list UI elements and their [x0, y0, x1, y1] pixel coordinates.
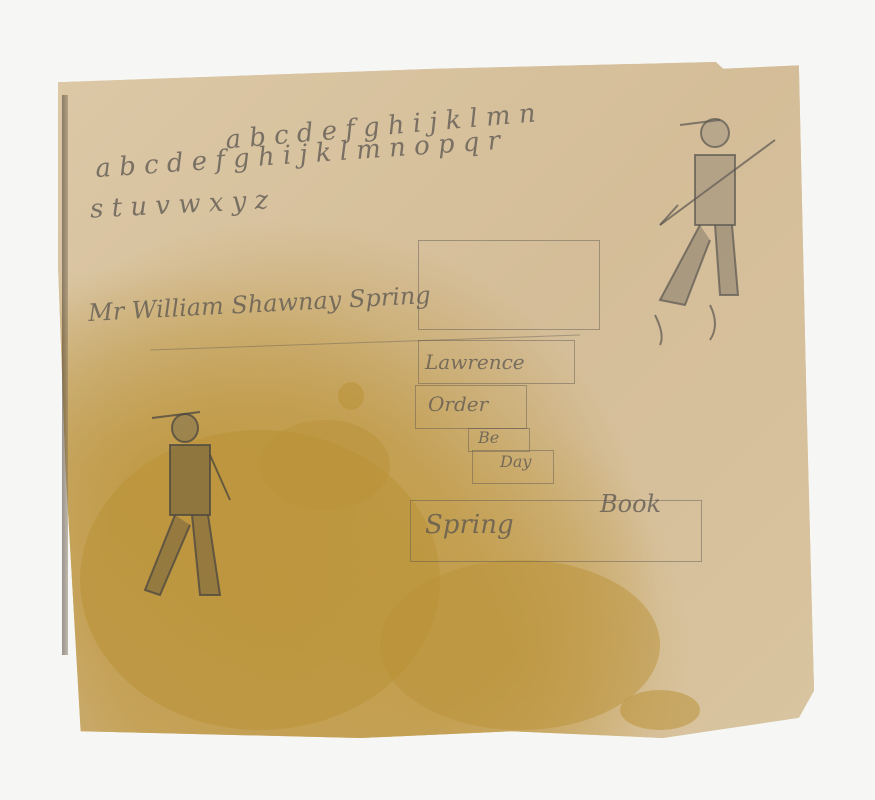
water-stain	[260, 420, 390, 510]
sketched-box	[418, 240, 600, 330]
box-label-lawrence: Lawrence	[425, 350, 525, 374]
water-stain	[380, 560, 660, 730]
soldier-with-rifle-drawing	[640, 95, 780, 365]
torn-left-edge	[62, 95, 68, 655]
walking-man-drawing	[130, 400, 240, 620]
box-label-be: Be	[478, 428, 499, 447]
box-label-day: Day	[500, 452, 531, 471]
box-label-order: Order	[428, 392, 488, 416]
water-stain	[338, 382, 364, 410]
bottom-word-book: Book	[600, 490, 661, 518]
bottom-word-spring: Spring	[425, 510, 514, 540]
water-stain	[620, 690, 700, 730]
